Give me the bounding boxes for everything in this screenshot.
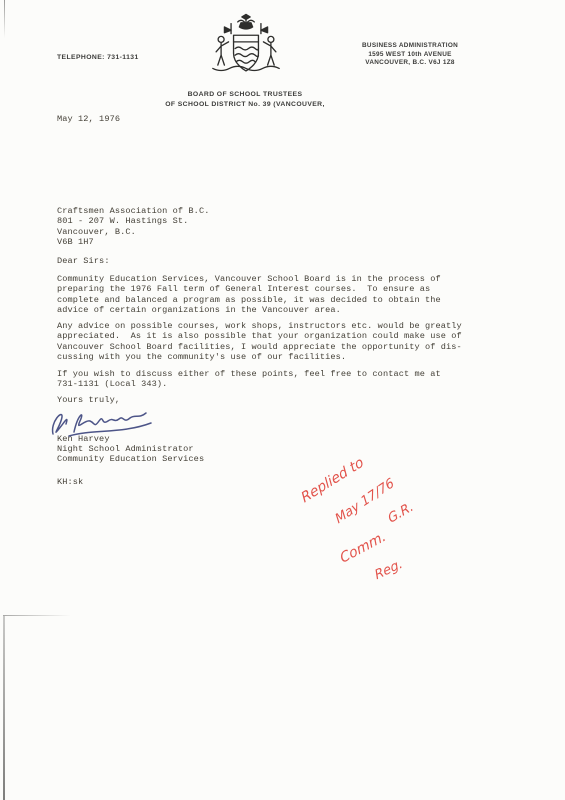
scan-artifact-line bbox=[3, 615, 5, 800]
scan-artifact-line bbox=[4, 0, 5, 38]
closing: Yours truly, bbox=[57, 395, 120, 405]
body-paragraph-3: If you wish to discuss either of these p… bbox=[57, 369, 441, 390]
letterhead-department-address: BUSINESS ADMINISTRATION 1595 WEST 10th A… bbox=[342, 42, 478, 68]
letter-date: May 12, 1976 bbox=[57, 114, 120, 124]
body-paragraph-2: Any advice on possible courses, work sho… bbox=[57, 321, 462, 362]
scanned-letter-page: TELEPHONE: 731-1131 bbox=[0, 0, 565, 800]
dept-street: 1595 WEST 10th AVENUE bbox=[342, 51, 478, 60]
signer-department: Community Education Services bbox=[57, 454, 204, 464]
reference-initials: KH:sk bbox=[57, 477, 83, 487]
letterhead-telephone: TELEPHONE: 731-1131 bbox=[57, 54, 139, 61]
scan-artifact-line bbox=[3, 615, 71, 616]
body-paragraph-1: Community Education Services, Vancouver … bbox=[57, 274, 441, 315]
handwritten-annotation-initials: G.R. bbox=[386, 499, 416, 526]
letterhead-board-name: BOARD OF SCHOOL TRUSTEES OF SCHOOL DISTR… bbox=[150, 90, 340, 110]
signer-title: Night School Administrator bbox=[57, 444, 194, 454]
signer-name: Ken Harvey bbox=[57, 434, 110, 444]
board-line-2: OF SCHOOL DISTRICT No. 39 (VANCOUVER, bbox=[150, 100, 340, 110]
salutation: Dear Sirs: bbox=[57, 256, 110, 266]
recipient-address: Craftsmen Association of B.C. 801 - 207 … bbox=[57, 206, 209, 247]
handwritten-annotation-reg: Reg. bbox=[373, 557, 405, 584]
board-line-1: BOARD OF SCHOOL TRUSTEES bbox=[150, 90, 340, 100]
handwritten-annotation-comm: Comm. bbox=[338, 528, 388, 566]
coat-of-arms-icon bbox=[196, 12, 296, 95]
dept-name: BUSINESS ADMINISTRATION bbox=[342, 42, 478, 51]
dept-city: VANCOUVER, B.C. V6J 1Z8 bbox=[342, 59, 478, 68]
